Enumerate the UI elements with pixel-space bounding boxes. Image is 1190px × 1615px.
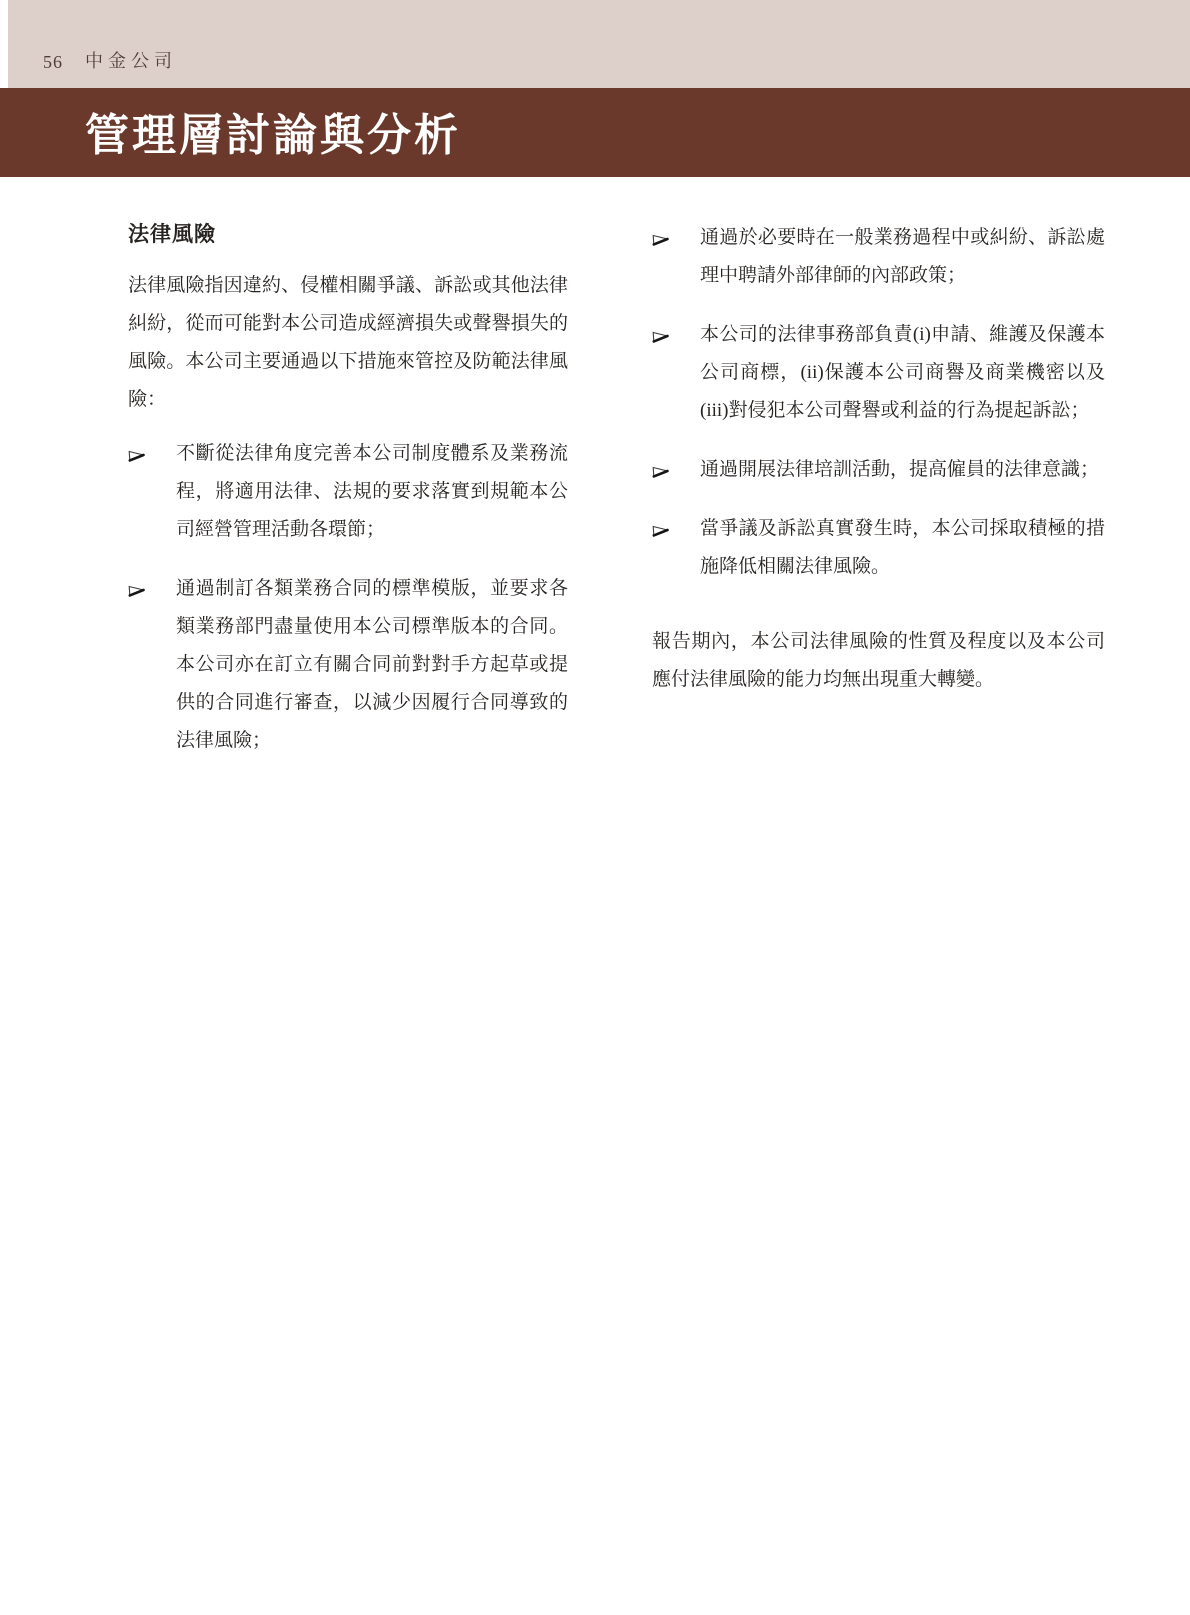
list-item: 本公司的法律事務部負責(i)申請、維護及保護本公司商標，(ii)保護本公司商譽及… [652, 316, 1105, 430]
list-item: 通過制訂各類業務合同的標準模版，並要求各類業務部門盡量使用本公司標準版本的合同。… [128, 570, 568, 760]
intro-paragraph: 法律風險指因違約、侵權相關爭議、訴訟或其他法律糾紛，從而可能對本公司造成經濟損失… [128, 267, 568, 419]
bullet-text: 通過制訂各類業務合同的標準模版，並要求各類業務部門盡量使用本公司標準版本的合同。… [176, 570, 568, 760]
main-content: 法律風險 法律風險指因違約、侵權相關爭議、訴訟或其他法律糾紛，從而可能對本公司造… [0, 177, 1190, 781]
arrowhead-right-icon [128, 435, 176, 549]
right-column: 通過於必要時在一般業務過程中或糾紛、訴訟處理中聘請外部律師的內部政策； 本公司的… [652, 219, 1105, 781]
left-bullet-list: 不斷從法律角度完善本公司制度體系及業務流程，將適用法律、法規的要求落實到規範本公… [128, 435, 568, 760]
closing-paragraph: 報告期內，本公司法律風險的性質及程度以及本公司應付法律風險的能力均無出現重大轉變… [652, 623, 1105, 699]
bullet-text: 本公司的法律事務部負責(i)申請、維護及保護本公司商標，(ii)保護本公司商譽及… [700, 316, 1105, 430]
title-banner: 管理層討論與分析 [0, 88, 1190, 177]
list-item: 通過開展法律培訓活動，提高僱員的法律意識； [652, 451, 1105, 489]
list-item: 不斷從法律角度完善本公司制度體系及業務流程，將適用法律、法規的要求落實到規範本公… [128, 435, 568, 549]
section-heading: 法律風險 [128, 219, 568, 249]
arrowhead-right-icon [652, 510, 700, 586]
list-item: 當爭議及訴訟真實發生時，本公司採取積極的措施降低相關法律風險。 [652, 510, 1105, 586]
page-header: 56 中金公司 [8, 0, 1190, 88]
bullet-text: 當爭議及訴訟真實發生時，本公司採取積極的措施降低相關法律風險。 [700, 510, 1105, 586]
left-column: 法律風險 法律風險指因違約、侵權相關爭議、訴訟或其他法律糾紛，從而可能對本公司造… [128, 219, 568, 781]
document-page: 56 中金公司 管理層討論與分析 法律風險 法律風險指因違約、侵權相關爭議、訴訟… [0, 0, 1190, 1615]
company-name: 中金公司 [85, 47, 177, 73]
bullet-text: 通過開展法律培訓活動，提高僱員的法律意識； [700, 451, 1105, 489]
arrowhead-right-icon [128, 570, 176, 760]
bullet-text: 通過於必要時在一般業務過程中或糾紛、訴訟處理中聘請外部律師的內部政策； [700, 219, 1105, 295]
list-item: 通過於必要時在一般業務過程中或糾紛、訴訟處理中聘請外部律師的內部政策； [652, 219, 1105, 295]
page-title: 管理層討論與分析 [85, 99, 461, 167]
arrowhead-right-icon [652, 316, 700, 430]
right-bullet-list: 通過於必要時在一般業務過程中或糾紛、訴訟處理中聘請外部律師的內部政策； 本公司的… [652, 219, 1105, 586]
page-number: 56 [43, 52, 63, 73]
bullet-text: 不斷從法律角度完善本公司制度體系及業務流程，將適用法律、法規的要求落實到規範本公… [176, 435, 568, 549]
arrowhead-right-icon [652, 451, 700, 489]
arrowhead-right-icon [652, 219, 700, 295]
